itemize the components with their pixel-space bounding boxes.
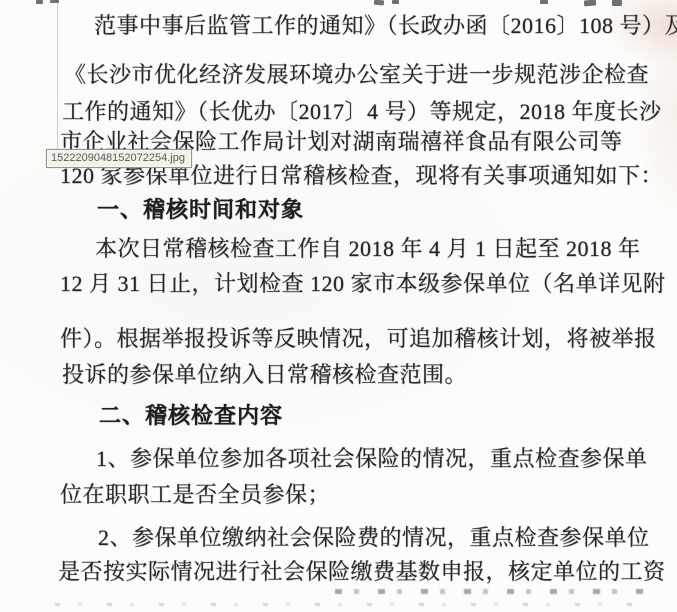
document-line: 是否按实际情况进行社会保险缴费基数申报，核定单位的工资: [58, 559, 666, 585]
document-line: 投诉的参保单位纳入日常稽核检查范围。: [62, 362, 467, 388]
document-line: 本次日常稽核检查工作自 2018 年 4 月 1 日起至 2018 年: [95, 236, 641, 262]
scan-artifact: [50, 0, 59, 3]
scan-artifact-bottom: [335, 589, 650, 594]
image-filename-tooltip: 1522209048152072254.jpg: [46, 149, 192, 168]
document-line: 1、参保单位参加各项社会保险的情况，重点检查参保单: [96, 446, 648, 472]
scanned-document-page: 范事中事后监管工作的通知》（长政办函〔2016〕108 号）及 《长沙市优化经济…: [0, 0, 677, 612]
scan-margin-line: [57, 0, 58, 158]
scan-artifact: [612, 0, 622, 6]
section-heading: 二、稽核检查内容: [99, 403, 283, 429]
scan-artifact: [374, 0, 384, 6]
scan-artifact: [36, 0, 43, 4]
document-line: 件）。根据举报投诉等反映情况，可追加稽核计划，将被举报: [60, 326, 657, 352]
image-filename-text: 1522209048152072254.jpg: [51, 152, 185, 164]
section-heading: 一、稽核时间和对象: [97, 197, 304, 223]
scan-artifact-bottom: [55, 603, 647, 606]
document-line: 工作的通知》（长优办〔2017〕4 号）等规定，2018 年度长沙: [62, 99, 662, 125]
document-line: 范事中事后监管工作的通知》（长政办函〔2016〕108 号）及: [94, 13, 677, 39]
scan-artifact: [540, 0, 548, 4]
scan-artifact: [584, 0, 596, 7]
document-line: 位在职职工是否全员参保；: [60, 482, 330, 508]
document-line: 2、参保单位缴纳社会保险费的情况，重点检查参保单位: [98, 525, 650, 551]
document-line: 12 月 31 日止，计划检查 120 家市本级参保单位（名单详见附: [60, 271, 666, 297]
document-line: 《长沙市优化经济发展环境办公室关于进一步规范涉企检查: [64, 62, 649, 88]
scan-artifact: [392, 0, 399, 4]
